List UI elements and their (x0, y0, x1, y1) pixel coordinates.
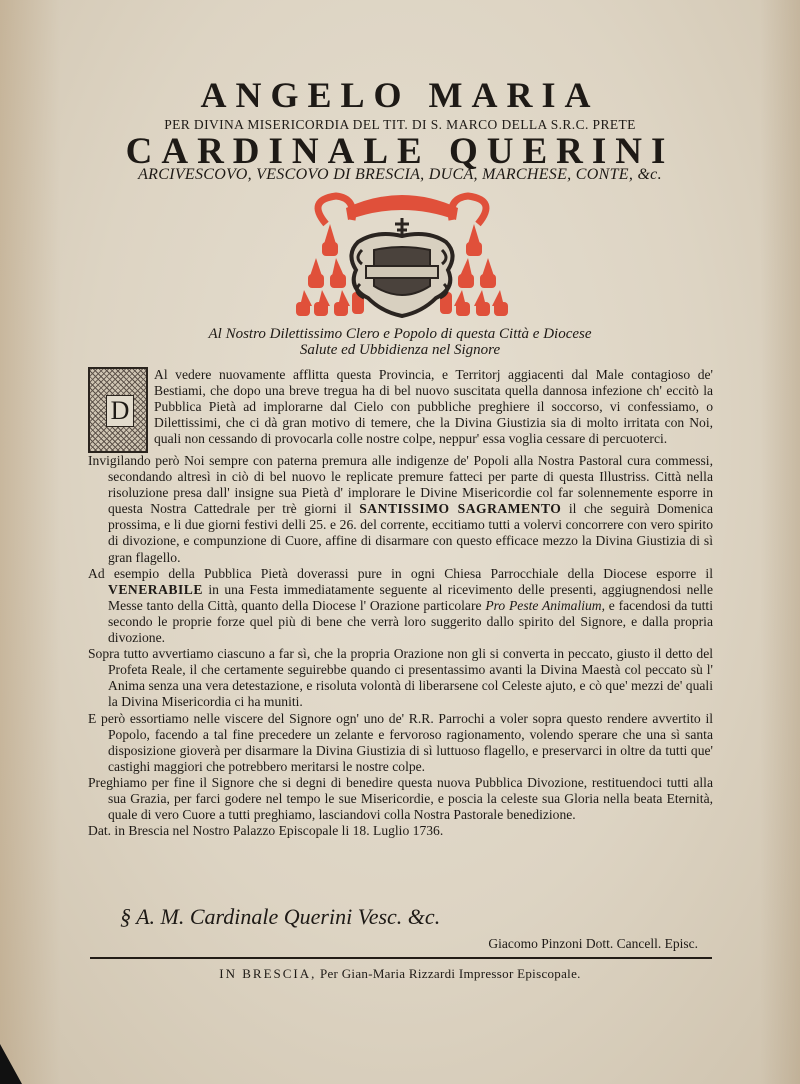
imprint-city: IN BRESCIA, (219, 966, 316, 981)
corner-shadow (0, 1044, 22, 1084)
divider-rule (90, 957, 712, 959)
addressee: Al Nostro Dilettissimo Clero e Popolo di… (0, 326, 800, 358)
paragraph-2: Invigilando però Noi sempre con paterna … (88, 453, 713, 566)
paragraph-5: E però essortiamo nelle viscere del Sign… (88, 711, 713, 775)
paragraph-3: Ad esempio della Pubblica Pietà doverass… (88, 566, 713, 646)
paragraph-1: DAl vedere nuovamente afflitta questa Pr… (88, 367, 713, 447)
venerabile: VENERABILE (108, 582, 203, 597)
paragraph-3-text-a: Ad esempio della Pubblica Pietà doverass… (88, 566, 713, 581)
paragraph-1-text: Al vedere nuovamente afflitta questa Pro… (154, 367, 713, 446)
decorated-initial-d: D (88, 367, 148, 453)
pro-peste-animalium: Pro Peste Animalium (485, 598, 601, 613)
paragraph-6: Preghiamo per fine il Signore che si deg… (88, 775, 713, 823)
santissimo-sagramento: SANTISSIMO SAGRAMENTO (359, 501, 561, 516)
cardinal-signature: § A. M. Cardinale Querini Vesc. &c. (120, 904, 440, 930)
dropcap-letter: D (106, 395, 134, 427)
decree-body: DAl vedere nuovamente afflitta questa Pr… (88, 367, 713, 839)
signature-name: A. M. Cardinale Querini Vesc. &c. (136, 904, 440, 929)
seal-mark-icon: § (120, 904, 131, 929)
addressee-line-1: Al Nostro Dilettissimo Clero e Popolo di… (0, 326, 800, 342)
coat-of-arms-icon (286, 180, 518, 318)
title-angelo-maria: ANGELO MARIA (0, 74, 800, 116)
imprint-printer: Per Gian-Maria Rizzardi Impressor Episco… (316, 966, 580, 981)
dateline: Dat. in Brescia nel Nostro Palazzo Episc… (88, 823, 713, 839)
addressee-line-2: Salute ed Ubbidienza nel Signore (0, 342, 800, 358)
paragraph-4: Sopra tutto avvertiamo ciascuno a far sì… (88, 646, 713, 710)
chancellor-signature: Giacomo Pinzoni Dott. Cancell. Episc. (488, 936, 698, 952)
printer-imprint: IN BRESCIA, Per Gian-Maria Rizzardi Impr… (0, 966, 800, 982)
